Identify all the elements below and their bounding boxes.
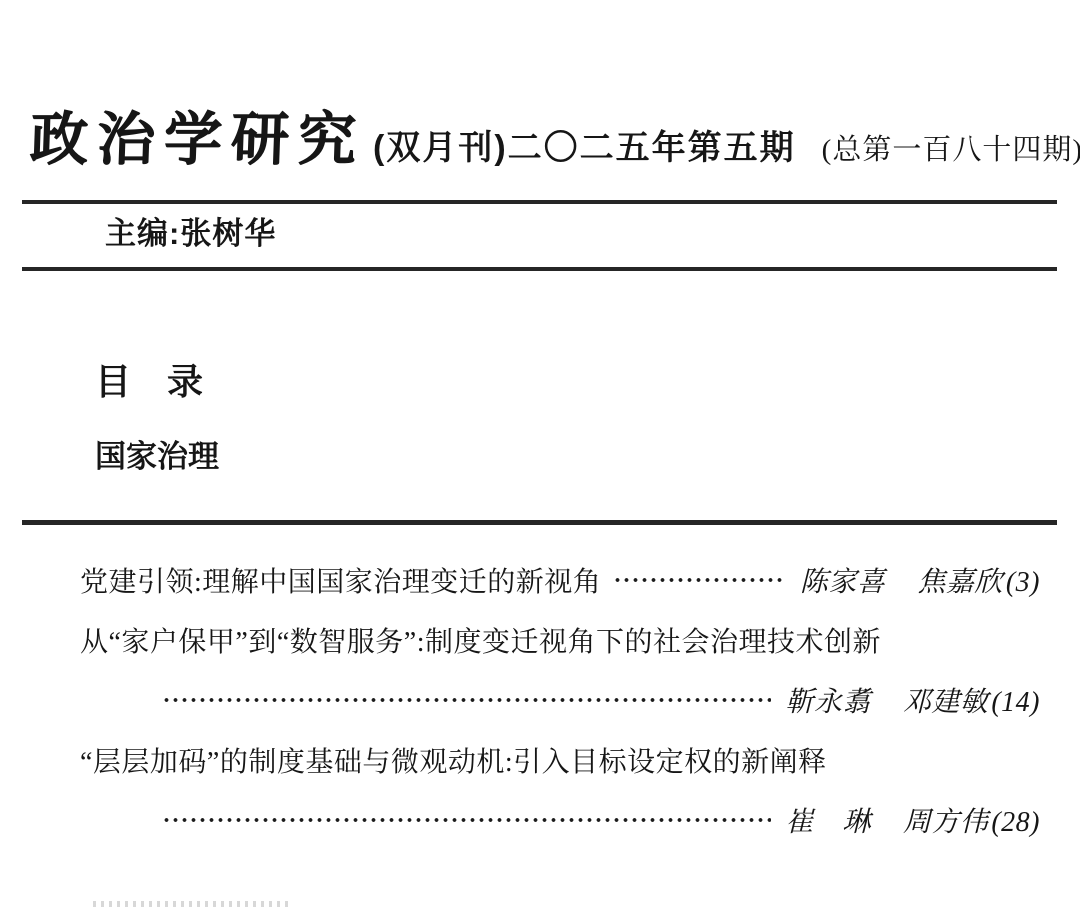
entry-title: 党建引领:理解中国国家治理变迁的新视角 (80, 560, 601, 600)
dot-leader (162, 670, 771, 730)
cumulative-issue: (总第一百八十四期) (822, 127, 1080, 168)
journal-toc-page: 政治学研究 (双月刊)二〇二五年第五期 (总第一百八十四期) 主编:张树华 目 … (0, 0, 1080, 907)
toc-entry-3-authors: 崔 琳 周方伟 (28) (80, 790, 1040, 850)
divider-mid (22, 267, 1057, 271)
partial-next-line (93, 901, 288, 907)
toc-heading: 目 录 (95, 361, 1080, 403)
page-number: (14) (991, 687, 1040, 719)
author-name: 陈家喜 (800, 560, 886, 600)
author-name: 靳永翥 (785, 680, 871, 720)
author-name: 焦嘉欣 (917, 560, 1003, 600)
entry-authors: 陈家喜 焦嘉欣 (3) (800, 560, 1040, 600)
toc-entry-2-title: 从“家户保甲”到“数智服务”:制度变迁视角下的社会治理技术创新 (80, 610, 1040, 670)
toc-entry-3-title: “层层加码”的制度基础与微观动机:引入目标设定权的新阐释 (80, 730, 1040, 790)
divider-entries (22, 520, 1057, 525)
author-name: 周方伟 (903, 800, 989, 840)
entry-title: “层层加码”的制度基础与微观动机:引入目标设定权的新阐释 (80, 740, 827, 780)
journal-title: 政治学研究 (29, 92, 367, 176)
section-heading-national-governance: 国家治理 (95, 439, 1080, 475)
page-number: (28) (991, 807, 1040, 839)
toc-list: 党建引领:理解中国国家治理变迁的新视角 陈家喜 焦嘉欣 (3) 从“家户保甲”到… (80, 550, 1040, 850)
dot-leader (162, 790, 771, 850)
masthead: 政治学研究 (双月刊)二〇二五年第五期 (总第一百八十四期) (0, 0, 1080, 176)
entry-authors: 靳永翥 邓建敏 (14) (785, 680, 1040, 720)
toc-entry-2-authors: 靳永翥 邓建敏 (14) (80, 670, 1040, 730)
toc-entry-1: 党建引领:理解中国国家治理变迁的新视角 陈家喜 焦嘉欣 (3) (80, 550, 1040, 610)
author-name: 邓建敏 (903, 680, 989, 720)
author-name: 崔 琳 (785, 800, 871, 840)
editor-in-chief-line: 主编:张树华 (105, 216, 1080, 252)
dot-leader (613, 550, 786, 610)
page-number: (3) (1006, 567, 1040, 599)
entry-title: 从“家户保甲”到“数智服务”:制度变迁视角下的社会治理技术创新 (80, 620, 881, 660)
entry-authors: 崔 琳 周方伟 (28) (785, 800, 1040, 840)
issue-info: (双月刊)二〇二五年第五期 (373, 120, 796, 169)
divider-top (22, 200, 1057, 204)
